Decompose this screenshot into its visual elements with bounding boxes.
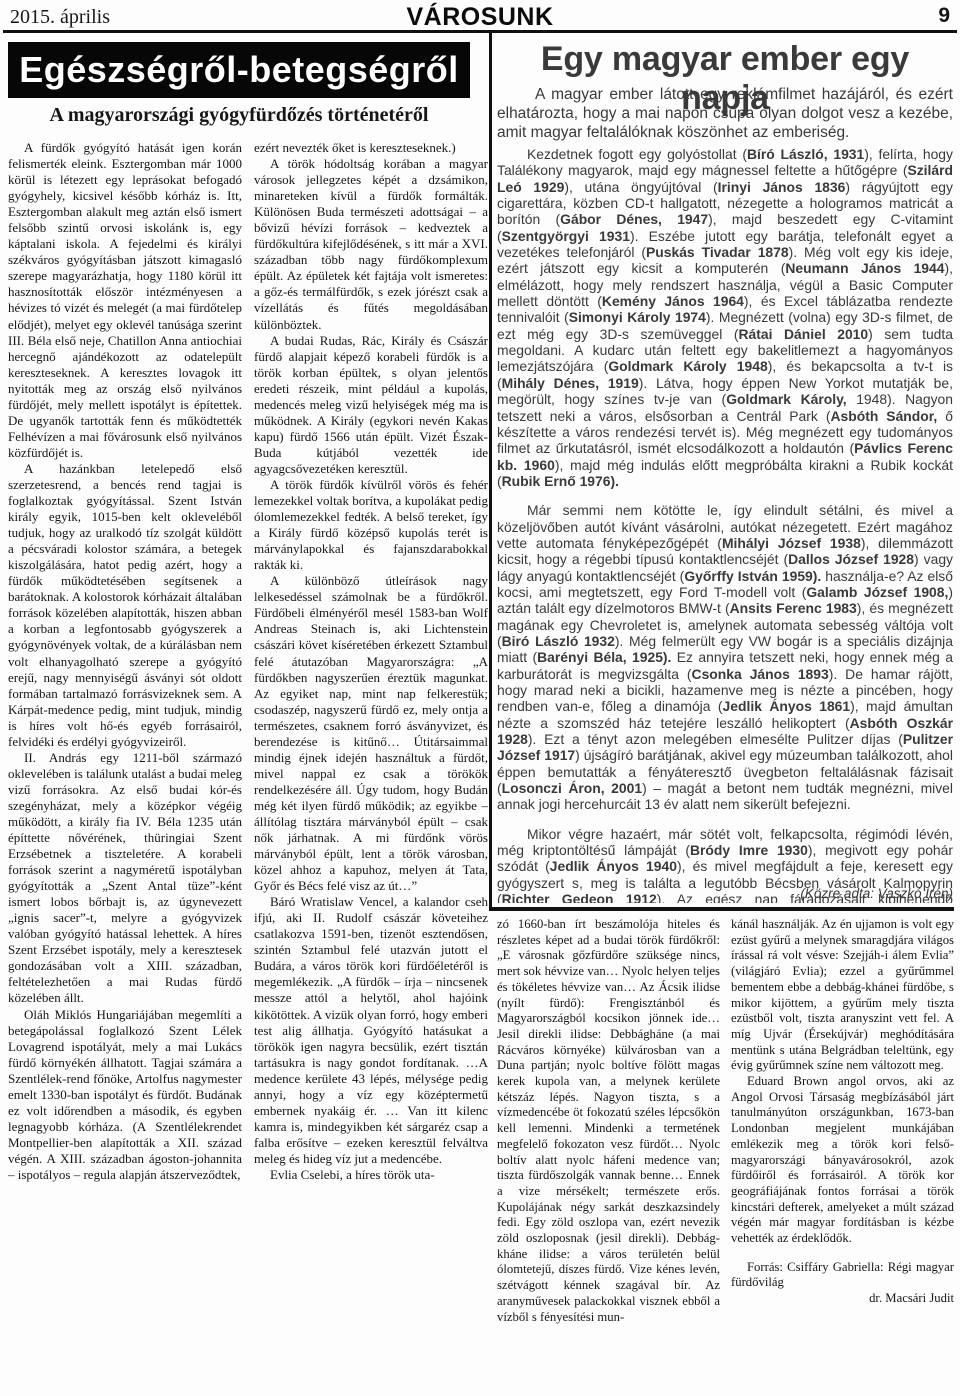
left-article-subtitle: A magyarországi gyógyfürdőzés történetér… xyxy=(8,104,470,127)
article-paragraph: Evlia Cselebi, a híres török uta- xyxy=(254,1167,488,1183)
left-article-banner-title: Egészségről-betegségről xyxy=(8,42,470,98)
left-article-continuation: zó 1660-ban írt beszámolója hiteles és r… xyxy=(497,917,954,1396)
continuation-column-1: zó 1660-ban írt beszámolója hiteles és r… xyxy=(497,917,720,1396)
newspaper-page: { "masthead": { "issue_date": "2015. ápr… xyxy=(0,0,960,1396)
article-paragraph: Oláh Miklós Hungariájában megemlíti a be… xyxy=(8,1007,242,1184)
right-article-lead: A magyar ember látott egy reklámfilmet h… xyxy=(497,85,953,142)
article-paragraph: Már semmi nem kötötte le, így elindult s… xyxy=(497,502,953,813)
article-paragraph: ezért nevezték őket is kereszteseknek.) xyxy=(254,140,488,156)
article-paragraph: II. András egy 1211-ből származó oklevel… xyxy=(8,750,242,1007)
left-column-1: A fürdők gyógyító hatását igen korán fel… xyxy=(8,140,242,1394)
issue-date: 2015. április xyxy=(10,6,110,29)
continuation-column-2: kánál használják. Az én ujjamon is volt … xyxy=(731,917,954,1396)
left-article-body: A fürdők gyógyító hatását igen korán fel… xyxy=(8,140,488,1394)
newspaper-title: VÁROSUNK xyxy=(406,3,553,32)
column-divider-rule xyxy=(489,33,492,907)
left-column-2: ezért nevezték őket is kereszteseknek.)A… xyxy=(254,140,488,1394)
right-article-body: Kezdetnek fogott egy golyóstollat (Bíró … xyxy=(497,146,953,903)
article-paragraph: A török hódoltság korában a magyar város… xyxy=(254,156,488,333)
article-paragraph: Eduard Brown angol orvos, aki az Angol O… xyxy=(731,1074,954,1247)
article-paragraph: A különböző útleírások nagy lelkesedésse… xyxy=(254,573,488,894)
right-article-credit: (Közre adta: Vaszkó Irén) xyxy=(497,886,953,901)
section-rule xyxy=(489,907,954,911)
article-paragraph: Kezdetnek fogott egy golyóstollat (Bíró … xyxy=(497,146,953,489)
header-rule xyxy=(3,30,957,33)
page-number: 9 xyxy=(938,4,950,28)
article-paragraph: A fürdők gyógyító hatását igen korán fel… xyxy=(8,140,242,461)
source-line: Forrás: Csiffáry Gabriella: Régi magyar … xyxy=(731,1260,954,1291)
author-byline: dr. Macsári Judit xyxy=(731,1291,954,1307)
article-paragraph: A török fürdők kívülről vörös és fehér l… xyxy=(254,477,488,573)
article-paragraph: A budai Rudas, Rác, Király és Császár fü… xyxy=(254,333,488,477)
article-paragraph: A hazánkban letelepedő első szerzetesren… xyxy=(8,461,242,750)
article-paragraph: kánál használják. Az én ujjamon is volt … xyxy=(731,917,954,1074)
article-paragraph: Báró Wratislaw Vencel, a kalandor cseh i… xyxy=(254,894,488,1167)
masthead: 2015. április VÁROSUNK 9 xyxy=(8,2,952,30)
article-paragraph: zó 1660-ban írt beszámolója hiteles és r… xyxy=(497,917,720,1325)
